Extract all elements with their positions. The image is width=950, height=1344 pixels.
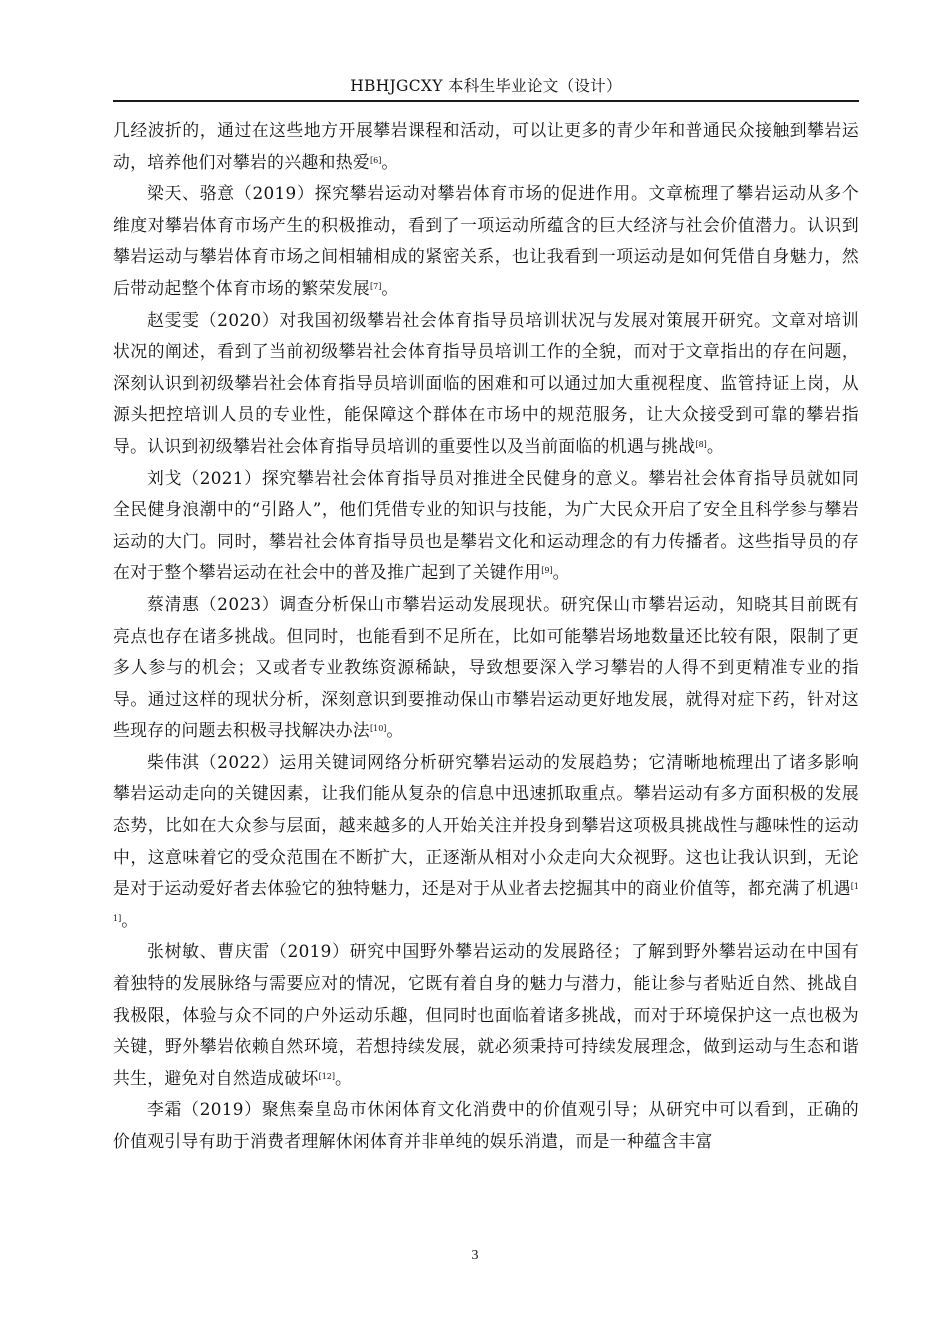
paragraph-text: 李霜（2019）聚焦秦皇岛市休闲体育文化消费中的价值观引导；从研究中可以看到，正… bbox=[113, 1099, 859, 1151]
paragraph-end: 。 bbox=[553, 562, 570, 582]
paragraph-end: 。 bbox=[121, 910, 138, 930]
paragraph-zhao-wenwen: 赵雯雯（2020）对我国初级攀岩社会体育指导员培训状况与发展对策展开研究。文章对… bbox=[113, 305, 859, 463]
paragraph-end: 。 bbox=[386, 720, 403, 740]
body-text: 几经波折的，通过在这些地方开展攀岩课程和活动，可以让更多的青少年和普通民众接触到… bbox=[113, 115, 859, 1158]
citation-7: [7] bbox=[370, 282, 381, 291]
paragraph-li-shuang: 李霜（2019）聚焦秦皇岛市休闲体育文化消费中的价值观引导；从研究中可以看到，正… bbox=[113, 1094, 859, 1157]
page-header: HBHJGCXY 本科生毕业论文（设计） bbox=[113, 76, 859, 96]
citation-9: [9] bbox=[541, 566, 552, 575]
page-number: 3 bbox=[0, 1248, 950, 1264]
header-rule bbox=[113, 100, 859, 102]
citation-6: [6] bbox=[370, 156, 381, 165]
paragraph-end: 。 bbox=[381, 152, 398, 172]
paragraph-cai-qinghui: 蔡清惠（2023）调查分析保山市攀岩运动发展现状。研究保山市攀岩运动，知晓其目前… bbox=[113, 589, 859, 747]
paragraph-end: 。 bbox=[707, 436, 724, 456]
citation-12: [12] bbox=[319, 1072, 335, 1081]
paragraph-text: 赵雯雯（2020）对我国初级攀岩社会体育指导员培训状况与发展对策展开研究。文章对… bbox=[113, 310, 859, 456]
paragraph-end: 。 bbox=[335, 1068, 352, 1088]
paragraph-text: 刘戈（2021）探究攀岩社会体育指导员对推进全民健身的意义。攀岩社会体育指导员就… bbox=[113, 468, 859, 583]
paragraph-chai-weiqi: 柴伟淇（2022）运用关键词网络分析研究攀岩运动的发展趋势；它清晰地梳理出了诸多… bbox=[113, 747, 859, 937]
paragraph-text: 几经波折的，通过在这些地方开展攀岩课程和活动，可以让更多的青少年和普通民众接触到… bbox=[113, 120, 859, 172]
paragraph-continuation: 几经波折的，通过在这些地方开展攀岩课程和活动，可以让更多的青少年和普通民众接触到… bbox=[113, 115, 859, 178]
paragraph-text: 柴伟淇（2022）运用关键词网络分析研究攀岩运动的发展趋势；它清晰地梳理出了诸多… bbox=[113, 752, 859, 898]
paragraph-text: 梁天、骆意（2019）探究攀岩运动对攀岩体育市场的促进作用。文章梳理了攀岩运动从… bbox=[113, 183, 859, 298]
paragraph-liu-ge: 刘戈（2021）探究攀岩社会体育指导员对推进全民健身的意义。攀岩社会体育指导员就… bbox=[113, 463, 859, 589]
paragraph-end: 。 bbox=[381, 278, 398, 298]
paragraph-zhang-shumin: 张树敏、曹庆雷（2019）研究中国野外攀岩运动的发展路径；了解到野外攀岩运动在中… bbox=[113, 936, 859, 1094]
paragraph-text: 蔡清惠（2023）调查分析保山市攀岩运动发展现状。研究保山市攀岩运动，知晓其目前… bbox=[113, 594, 859, 740]
citation-10: [10] bbox=[370, 724, 386, 733]
citation-8: [8] bbox=[695, 440, 706, 449]
paragraph-text: 张树敏、曹庆雷（2019）研究中国野外攀岩运动的发展路径；了解到野外攀岩运动在中… bbox=[113, 941, 859, 1087]
paragraph-liang-tian: 梁天、骆意（2019）探究攀岩运动对攀岩体育市场的促进作用。文章梳理了攀岩运动从… bbox=[113, 178, 859, 304]
